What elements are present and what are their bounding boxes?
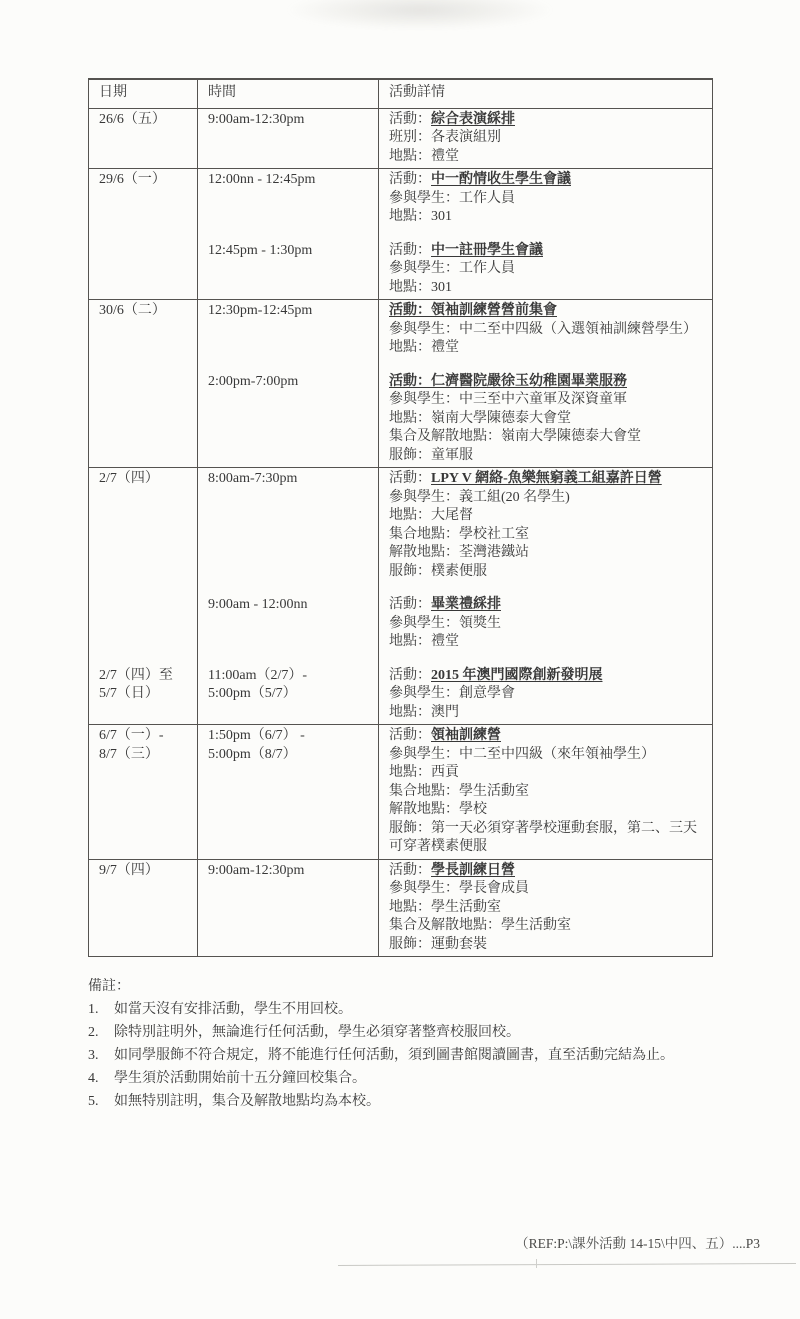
- table-header-row: 日期 時間 活動詳情: [89, 80, 712, 108]
- activity-line: 地點：學生活動室: [389, 899, 706, 918]
- date-cell: [89, 229, 197, 300]
- activity-line: 地點：澳門: [389, 704, 706, 723]
- activity-line: 活動：2015 年澳門國際創新發明展: [389, 667, 706, 686]
- activity-line: 活動：中一酌情收生學生會議: [389, 171, 706, 190]
- scan-tick-artifact: [536, 1259, 537, 1268]
- activity-title: 活動：領袖訓練營營前集會: [389, 303, 557, 318]
- scan-line-artifact: [338, 1263, 796, 1266]
- activity-line: 集合及解散地點：嶺南大學陳德泰大會堂: [389, 428, 706, 447]
- activity-line: 參與學生：領獎生: [389, 615, 706, 634]
- header-time: 時間: [197, 80, 378, 108]
- time-cell: 12:45pm - 1:30pm: [197, 229, 378, 300]
- scan-smudge-artifact: [285, 0, 555, 30]
- note-text: 學生須於活動開始前十五分鐘回校集合。: [114, 1069, 738, 1088]
- details-cell: 活動：LPY V 網絡-魚樂無窮義工組嘉許日營參與學生：義工組(20 名學生)地…: [378, 468, 712, 583]
- activity-title: 活動：仁濟醫院嚴徐玉幼稚園畢業服務: [389, 374, 627, 389]
- note-number: 3.: [88, 1046, 114, 1065]
- details-cell: 活動：仁濟醫院嚴徐玉幼稚園畢業服務參與學生：中三至中六童軍及深資童軍地點：嶺南大…: [378, 360, 712, 468]
- details-cell: 活動：學長訓練日營參與學生：學長會成員地點：學生活動室集合及解散地點：學生活動室…: [378, 860, 712, 957]
- note-item: 5.如無特別註明，集合及解散地點均為本校。: [88, 1092, 738, 1111]
- table-row: 6/7（一）-8/7（三）1:50pm（6/7） -5:00pm（8/7）活動：…: [89, 724, 712, 859]
- activity-line: 服飾：樸素便服: [389, 563, 706, 582]
- time-text: 9:00am-12:30pm: [208, 111, 372, 130]
- activity-line: 服飾：童軍服: [389, 447, 706, 466]
- activity-line: 參與學生：中二至中四級（入選領袖訓練營學生）: [389, 321, 706, 340]
- note-text: 除特別註明外，無論進行任何活動，學生必須穿著整齊校服回校。: [114, 1023, 738, 1042]
- activity-line: 參與學生：學長會成員: [389, 880, 706, 899]
- activity-line: 班別：各表演組別: [389, 129, 706, 148]
- activity-title: 學長訓練日營: [431, 863, 515, 878]
- table-row: 9/7（四）9:00am-12:30pm活動：學長訓練日營參與學生：學長會成員地…: [89, 859, 712, 957]
- activity-line: 活動：領袖訓練營: [389, 727, 706, 746]
- time-cell: 1:50pm（6/7） -5:00pm（8/7）: [197, 725, 378, 859]
- activity-line: 集合及解散地點：學生活動室: [389, 917, 706, 936]
- date-text: 6/7（一）-: [99, 727, 191, 746]
- time-text: 12:45pm - 1:30pm: [208, 242, 372, 261]
- activity-line: 活動：畢業禮綵排: [389, 596, 706, 615]
- time-text: 9:00am-12:30pm: [208, 862, 372, 881]
- table-row: 26/6（五）9:00am-12:30pm活動：綜合表演綵排班別：各表演組別地點…: [89, 108, 712, 169]
- notes-list: 1.如當天沒有安排活動，學生不用回校。2.除特別註明外，無論進行任何活動，學生必…: [88, 1000, 738, 1111]
- date-cell: 29/6（一）: [89, 169, 197, 229]
- activity-line: 活動：LPY V 網絡-魚樂無窮義工組嘉許日營: [389, 470, 706, 489]
- activity-line: 活動：學長訓練日營: [389, 862, 706, 881]
- time-text: 12:00nn - 12:45pm: [208, 171, 372, 190]
- details-cell: 活動：領袖訓練營營前集會參與學生：中二至中四級（入選領袖訓練營學生）地點：禮堂: [378, 300, 712, 360]
- activity-line: 地點：西貢: [389, 764, 706, 783]
- activity-label: 活動：: [389, 668, 431, 683]
- activity-label: 活動：: [389, 172, 431, 187]
- date-cell: 26/6（五）: [89, 109, 197, 169]
- activity-line: 地點：禮堂: [389, 339, 706, 358]
- activity-title: 中一註冊學生會議: [431, 243, 543, 258]
- date-text: 9/7（四）: [99, 862, 191, 881]
- activity-label: 活動：: [389, 728, 431, 743]
- note-text: 如同學服飾不符合規定，將不能進行任何活動，須到圖書館閱讀圖書，直至活動完結為止。: [114, 1046, 738, 1065]
- activity-label: 活動：: [389, 243, 431, 258]
- activity-label: 活動：: [389, 597, 431, 612]
- time-text: 12:30pm-12:45pm: [208, 302, 372, 321]
- activity-line: 服飾：運動套裝: [389, 936, 706, 955]
- details-cell: 活動：畢業禮綵排參與學生：領獎生地點：禮堂: [378, 583, 712, 654]
- time-text: 11:00am（2/7）-: [208, 667, 372, 686]
- table-row: 30/6（二）12:30pm-12:45pm活動：領袖訓練營營前集會參與學生：中…: [89, 299, 712, 467]
- footer-reference: （REF:P:\課外活動 14-15\中四、五）....P3: [515, 1232, 760, 1252]
- date-cell: 2/7（四）至5/7（日）: [89, 654, 197, 725]
- activity-title: 2015 年澳門國際創新發明展: [431, 668, 603, 683]
- date-cell: 30/6（二）: [89, 300, 197, 360]
- activity-label: 活動：: [389, 471, 431, 486]
- date-cell: [89, 583, 197, 654]
- activity-line: 服飾：第一天必須穿著學校運動套服，第二、三天可穿著樸素便服: [389, 820, 706, 857]
- time-text: 1:50pm（6/7） -: [208, 727, 372, 746]
- note-number: 1.: [88, 1000, 114, 1019]
- date-text: 5/7（日）: [99, 685, 191, 704]
- time-cell: 9:00am - 12:00nn: [197, 583, 378, 654]
- time-cell: 12:30pm-12:45pm: [197, 300, 378, 360]
- note-text: 如無特別註明，集合及解散地點均為本校。: [114, 1092, 738, 1111]
- details-cell: 活動：2015 年澳門國際創新發明展參與學生：創意學會地點：澳門: [378, 654, 712, 725]
- time-text: 5:00pm（5/7）: [208, 685, 372, 704]
- activity-line: 解散地點：學校: [389, 801, 706, 820]
- date-text: 2/7（四）: [99, 470, 191, 489]
- activity-line: 活動：領袖訓練營營前集會: [389, 302, 706, 321]
- date-text: 8/7（三）: [99, 746, 191, 765]
- note-number: 5.: [88, 1092, 114, 1111]
- time-cell: 8:00am-7:30pm: [197, 468, 378, 583]
- header-details: 活動詳情: [378, 80, 712, 108]
- date-text: 26/6（五）: [99, 111, 191, 130]
- header-date: 日期: [89, 80, 197, 108]
- activity-line: 地點：禮堂: [389, 148, 706, 167]
- note-number: 2.: [88, 1023, 114, 1042]
- activity-line: 參與學生：工作人員: [389, 190, 706, 209]
- note-item: 3.如同學服飾不符合規定，將不能進行任何活動，須到圖書館閱讀圖書，直至活動完結為…: [88, 1046, 738, 1065]
- time-cell: 9:00am-12:30pm: [197, 109, 378, 169]
- activity-line: 活動：中一註冊學生會議: [389, 242, 706, 261]
- activity-line: 集合地點：學生活動室: [389, 783, 706, 802]
- activity-line: 參與學生：中二至中四級（來年領袖學生）: [389, 746, 706, 765]
- activity-title: 綜合表演綵排: [431, 112, 515, 127]
- activity-title: LPY V 網絡-魚樂無窮義工組嘉許日營: [431, 471, 662, 486]
- activity-label: 活動：: [389, 112, 431, 127]
- activity-line: 解散地點：荃灣港鐵站: [389, 544, 706, 563]
- activity-line: 活動：仁濟醫院嚴徐玉幼稚園畢業服務: [389, 373, 706, 392]
- date-cell: 2/7（四）: [89, 468, 197, 583]
- time-text: 8:00am-7:30pm: [208, 470, 372, 489]
- activity-line: 參與學生：工作人員: [389, 260, 706, 279]
- details-cell: 活動：領袖訓練營參與學生：中二至中四級（來年領袖學生）地點：西貢集合地點：學生活…: [378, 725, 712, 859]
- table-row: 29/6（一）12:00nn - 12:45pm活動：中一酌情收生學生會議參與學…: [89, 168, 712, 299]
- time-text: 2:00pm-7:00pm: [208, 373, 372, 392]
- activity-line: 參與學生：義工組(20 名學生): [389, 489, 706, 508]
- date-cell: 6/7（一）-8/7（三）: [89, 725, 197, 859]
- activity-title: 中一酌情收生學生會議: [431, 172, 571, 187]
- date-text: 30/6（二）: [99, 302, 191, 321]
- details-cell: 活動：中一註冊學生會議參與學生：工作人員地點：301: [378, 229, 712, 300]
- activity-line: 集合地點：學校社工室: [389, 526, 706, 545]
- date-text: 29/6（一）: [99, 171, 191, 190]
- notes-section: 備註： 1.如當天沒有安排活動，學生不用回校。2.除特別註明外，無論進行任何活動…: [88, 977, 738, 1115]
- time-text: 5:00pm（8/7）: [208, 746, 372, 765]
- activity-label: 活動：: [389, 863, 431, 878]
- activity-line: 活動：綜合表演綵排: [389, 111, 706, 130]
- details-cell: 活動：綜合表演綵排班別：各表演組別地點：禮堂: [378, 109, 712, 169]
- time-cell: 9:00am-12:30pm: [197, 860, 378, 957]
- date-text: 2/7（四）至: [99, 667, 191, 686]
- activity-title: 領袖訓練營: [431, 728, 501, 743]
- table-row: 2/7（四）8:00am-7:30pm活動：LPY V 網絡-魚樂無窮義工組嘉許…: [89, 467, 712, 724]
- date-cell: 9/7（四）: [89, 860, 197, 957]
- activity-line: 地點：嶺南大學陳德泰大會堂: [389, 410, 706, 429]
- activity-line: 地點：301: [389, 208, 706, 227]
- details-cell: 活動：中一酌情收生學生會議參與學生：工作人員地點：301: [378, 169, 712, 229]
- activity-line: 地點：301: [389, 279, 706, 298]
- date-cell: [89, 360, 197, 468]
- notes-title: 備註：: [88, 977, 738, 996]
- note-item: 4.學生須於活動開始前十五分鐘回校集合。: [88, 1069, 738, 1088]
- activity-line: 參與學生：中三至中六童軍及深資童軍: [389, 391, 706, 410]
- scanned-document-page: 日期 時間 活動詳情 26/6（五）9:00am-12:30pm活動：綜合表演綵…: [0, 0, 800, 1319]
- activity-line: 地點：大尾督: [389, 507, 706, 526]
- activity-line: 地點：禮堂: [389, 633, 706, 652]
- note-item: 1.如當天沒有安排活動，學生不用回校。: [88, 1000, 738, 1019]
- note-text: 如當天沒有安排活動，學生不用回校。: [114, 1000, 738, 1019]
- note-number: 4.: [88, 1069, 114, 1088]
- activity-line: 參與學生：創意學會: [389, 685, 706, 704]
- time-cell: 12:00nn - 12:45pm: [197, 169, 378, 229]
- activity-table: 日期 時間 活動詳情 26/6（五）9:00am-12:30pm活動：綜合表演綵…: [88, 78, 713, 957]
- time-cell: 2:00pm-7:00pm: [197, 360, 378, 468]
- time-cell: 11:00am（2/7）-5:00pm（5/7）: [197, 654, 378, 725]
- time-text: 9:00am - 12:00nn: [208, 596, 372, 615]
- note-item: 2.除特別註明外，無論進行任何活動，學生必須穿著整齊校服回校。: [88, 1023, 738, 1042]
- activity-title: 畢業禮綵排: [431, 597, 501, 612]
